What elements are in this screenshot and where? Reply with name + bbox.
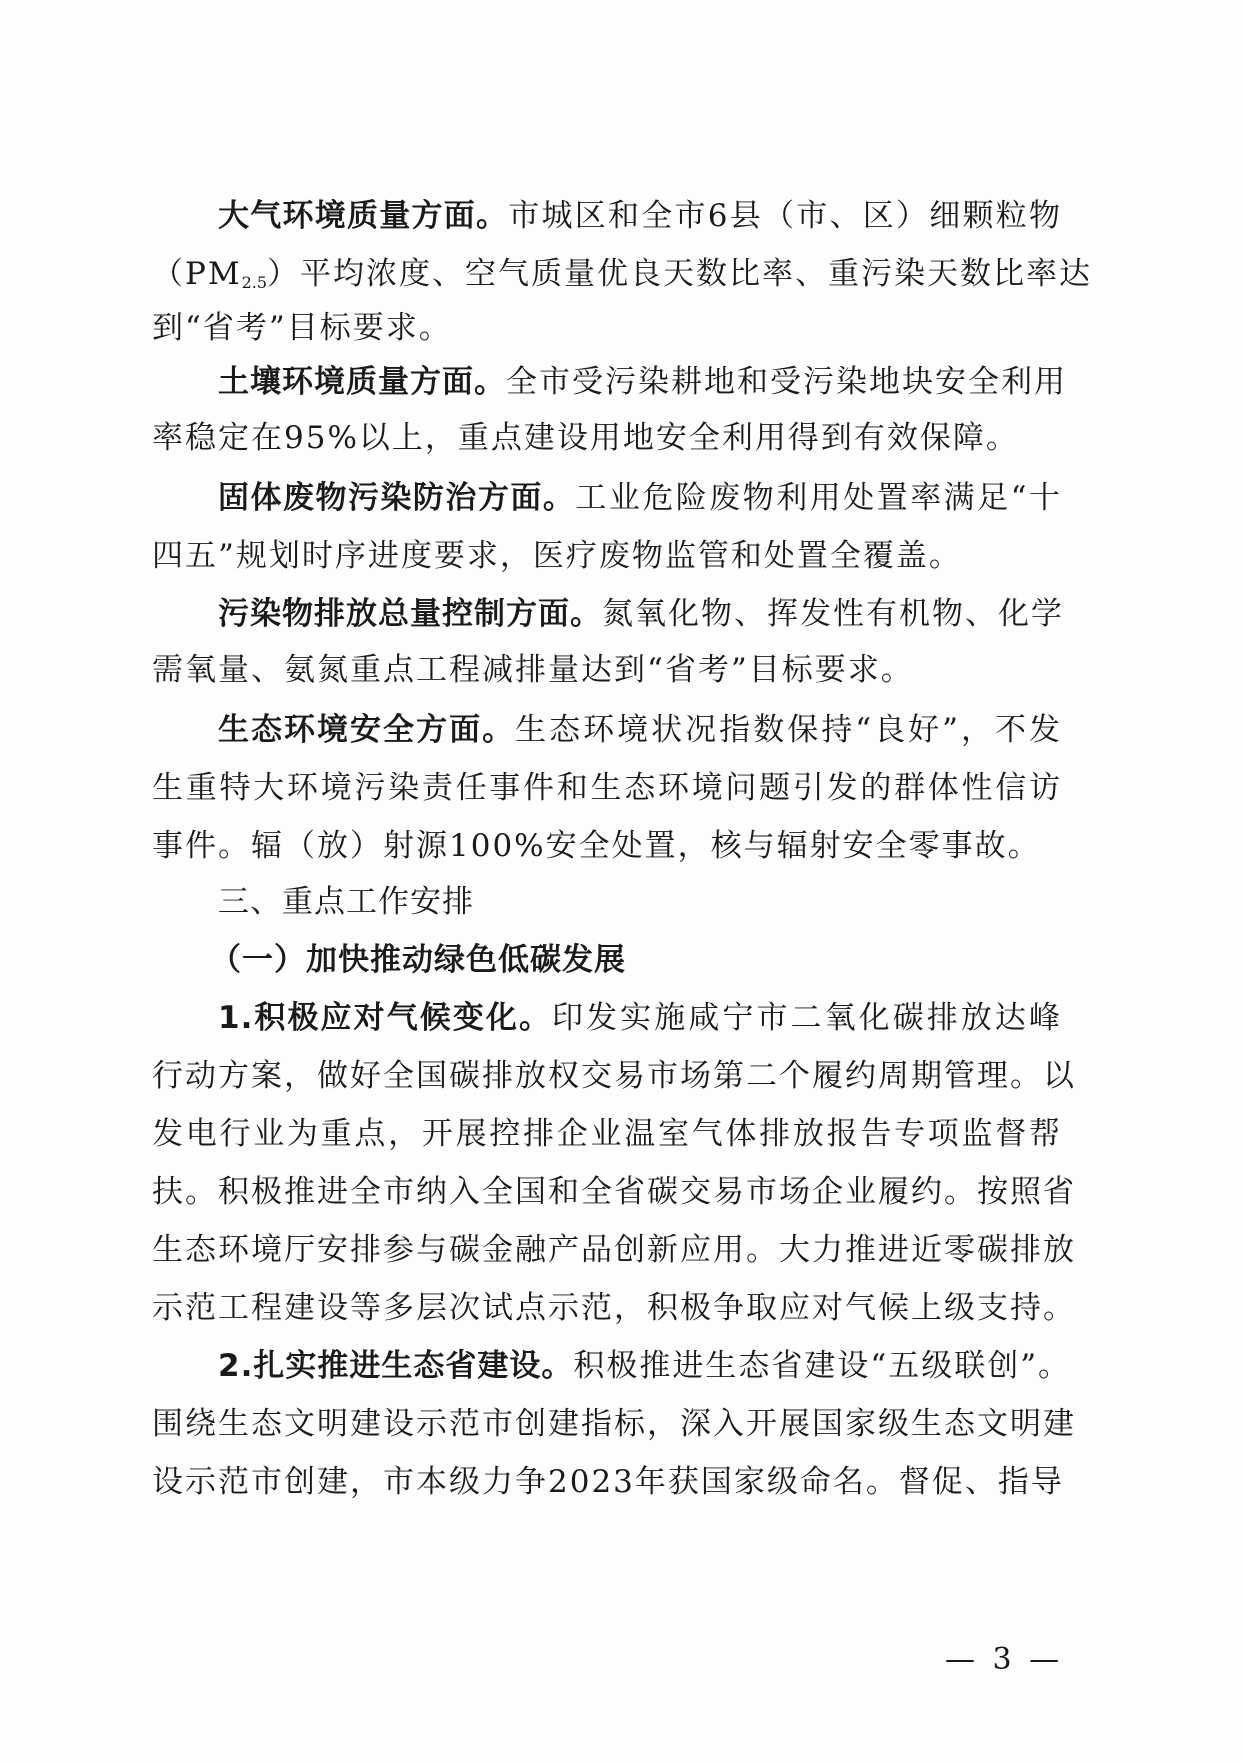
paragraph-soil-quality-line-2: 率稳定在95%以上，重点建设用地安全利用得到有效保障。 <box>152 418 1062 458</box>
paragraph-eco-safety-line-1: 生态环境安全方面。生态环境状况指数保持“良好”，不发 <box>218 710 1062 750</box>
page-number: — 3 — <box>945 1640 1063 1680</box>
paragraph-lead: 大气环境质量方面。 <box>218 198 508 234</box>
paragraph-lead: 土壤环境质量方面。 <box>218 364 506 400</box>
paragraph-solid-waste-line-2: 四五”规划时序进度要求，医疗废物监管和处置全覆盖。 <box>152 536 1062 576</box>
paragraph-solid-waste-line-1: 固体废物污染防治方面。工业危险废物利用处置率满足“十 <box>218 478 1062 518</box>
item-lead: 2.扎实推进生态省建设。 <box>218 1348 573 1384</box>
item-text: 积极推进生态省建设“五级联创”。 <box>573 1348 1071 1384</box>
paragraph-text: 氮氧化物、挥发性有机物、化学 <box>602 596 1064 632</box>
paragraph-text: 全市受污染耕地和受污染地块安全利用 <box>506 364 1067 400</box>
item-climate-change-line-1: 1.积极应对气候变化。印发实施咸宁市二氧化碳排放达峰 <box>218 998 1062 1038</box>
paragraph-lead: 生态环境安全方面。 <box>218 712 515 748</box>
document-page: 大气环境质量方面。市城区和全市6县（市、区）细颗粒物 （PM2.5）平均浓度、空… <box>0 0 1242 1763</box>
item-climate-change-line-3: 发电行业为重点，开展控排企业温室气体排放报告专项监督帮 <box>152 1114 1062 1154</box>
item-climate-change-line-4: 扶。积极推进全市纳入全国和全省碳交易市场企业履约。按照省 <box>152 1172 1062 1212</box>
paragraph-air-quality-line-1: 大气环境质量方面。市城区和全市6县（市、区）细颗粒物 <box>218 196 1062 236</box>
item-text: 印发实施咸宁市二氧化碳排放达峰 <box>552 1000 1062 1036</box>
item-climate-change-line-6: 示范工程建设等多层次试点示范，积极争取应对气候上级支持。 <box>152 1288 1062 1328</box>
paragraph-text: ）平均浓度、空气质量优良天数比率、重污染天数比率达 <box>267 256 1092 292</box>
paragraph-air-quality-line-2: （PM2.5）平均浓度、空气质量优良天数比率、重污染天数比率达 <box>152 254 1062 294</box>
paragraph-air-quality-line-3: 到“省考”目标要求。 <box>152 308 1062 348</box>
paragraph-soil-quality-line-1: 土壤环境质量方面。全市受污染耕地和受污染地块安全利用 <box>218 362 1062 402</box>
item-lead: 1.积极应对气候变化。 <box>218 1000 552 1036</box>
item-climate-change-line-2: 行动方案，做好全国碳排放权交易市场第二个履约周期管理。以 <box>152 1056 1062 1096</box>
item-eco-province-line-2: 围绕生态文明建设示范市创建指标，深入开展国家级生态文明建 <box>152 1404 1062 1444</box>
paragraph-emissions-line-2: 需氧量、氨氮重点工程减排量达到“省考”目标要求。 <box>152 650 1062 690</box>
paragraph-lead: 固体废物污染防治方面。 <box>218 480 575 516</box>
paragraph-text: 市城区和全市6县（市、区）细颗粒物 <box>508 198 1062 234</box>
subscript: 2.5 <box>242 273 267 292</box>
paragraph-eco-safety-line-2: 生重特大环境污染责任事件和生态环境问题引发的群体性信访 <box>152 768 1062 808</box>
paragraph-emissions-line-1: 污染物排放总量控制方面。氮氧化物、挥发性有机物、化学 <box>218 594 1062 634</box>
item-eco-province-line-1: 2.扎实推进生态省建设。积极推进生态省建设“五级联创”。 <box>218 1346 1062 1386</box>
paragraph-lead: 污染物排放总量控制方面。 <box>218 596 602 632</box>
item-climate-change-line-5: 生态环境厅安排参与碳金融产品创新应用。大力推进近零碳排放 <box>152 1230 1062 1270</box>
subsection-heading: （一）加快推动绿色低碳发展 <box>210 940 1062 980</box>
paragraph-text: （PM <box>152 256 242 292</box>
paragraph-eco-safety-line-3: 事件。辐（放）射源100%安全处置，核与辐射安全零事故。 <box>152 826 1062 866</box>
paragraph-text: 工业危险废物利用处置率满足“十 <box>575 480 1062 516</box>
paragraph-text: 生态环境状况指数保持“良好”，不发 <box>515 712 1062 748</box>
item-eco-province-line-3: 设示范市创建，市本级力争2023年获国家级命名。督促、指导 <box>152 1462 1062 1502</box>
section-heading: 三、重点工作安排 <box>218 882 1062 922</box>
